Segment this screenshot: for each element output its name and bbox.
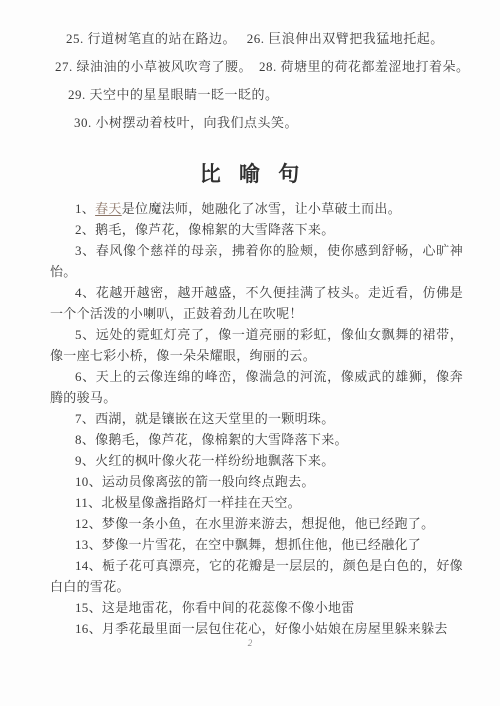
section-title: 比 喻 句	[0, 158, 500, 188]
simile-item-11: 11、北极星像盏指路灯一样挂在天空。	[50, 492, 463, 513]
simile-item-7: 7、西湖，就是镶嵌在这天堂里的一颗明珠。	[50, 408, 463, 429]
spring-link[interactable]: 春天	[95, 201, 122, 216]
sentence-line-27-28: 27. 绿油油的小草被风吹弯了腰。 28. 荷塘里的荷花都羞涩地打着朵。	[55, 53, 500, 81]
page-number: 2	[0, 638, 500, 648]
simile-item-6: 6、天上的云像连绵的峰峦，像湍急的河流，像威武的雄狮，像奔腾的骏马。	[50, 366, 463, 408]
item-number: 1、	[75, 201, 95, 216]
simile-item-5: 5、远处的霓虹灯亮了，像一道亮丽的彩虹，像仙女飘舞的裙带，像一座七彩小桥，像一朵…	[50, 324, 463, 366]
simile-item-8: 8、像鹅毛，像芦花，像棉絮的大雪降落下来。	[50, 429, 463, 450]
simile-item-16: 16、月季花最里面一层包住花心，好像小姑娘在房屋里躲来躲去	[50, 618, 463, 639]
simile-item-3: 3、春风像个慈祥的母亲，拂着你的脸颊，使你感到舒畅，心旷神怡。	[50, 240, 463, 282]
simile-item-14: 14、栀子花可真漂亮，它的花瓣是一层层的，颜色是白色的，好像白白的雪花。	[50, 555, 463, 597]
simile-item-15: 15、这是地雷花，你看中间的花蕊像不像小地雷	[50, 597, 463, 618]
item-text: 是位魔法师，她融化了冰雪，让小草破土而出。	[122, 201, 401, 216]
simile-list: 1、春天是位魔法师，她融化了冰雪，让小草破土而出。 2、鹅毛，像芦花，像棉絮的大…	[50, 198, 463, 639]
simile-item-12: 12、梦像一条小鱼，在水里游来游去，想捉他，他已经跑了。	[50, 513, 463, 534]
simile-item-4: 4、花越开越密，越开越盛，不久便挂满了枝头。走近看，仿佛是一个个活泼的小喇叭，正…	[50, 282, 463, 324]
sentence-line-25-26: 25. 行道树笔直的站在路边。 26. 巨浪伸出双臂把我猛地托起。	[66, 25, 500, 53]
simile-item-9: 9、火红的枫叶像火花一样纷纷地飘落下来。	[50, 450, 463, 471]
sentence-section: 25. 行道树笔直的站在路边。 26. 巨浪伸出双臂把我猛地托起。 27. 绿油…	[0, 0, 500, 137]
simile-item-2: 2、鹅毛，像芦花，像棉絮的大雪降落下来。	[50, 219, 463, 240]
simile-item-1: 1、春天是位魔法师，她融化了冰雪，让小草破土而出。	[50, 198, 463, 219]
simile-item-10: 10、运动员像离弦的箭一般向终点跑去。	[50, 471, 463, 492]
sentence-line-30: 30. 小树摆动着枝叶，向我们点头笑。	[74, 109, 500, 137]
sentence-line-29: 29. 天空中的星星眼睛一眨一眨的。	[68, 81, 500, 109]
simile-item-13: 13、梦像一片雪花，在空中飘舞，想抓住他，他已经融化了	[50, 534, 463, 555]
document-page: 25. 行道树笔直的站在路边。 26. 巨浪伸出双臂把我猛地托起。 27. 绿油…	[0, 0, 500, 706]
